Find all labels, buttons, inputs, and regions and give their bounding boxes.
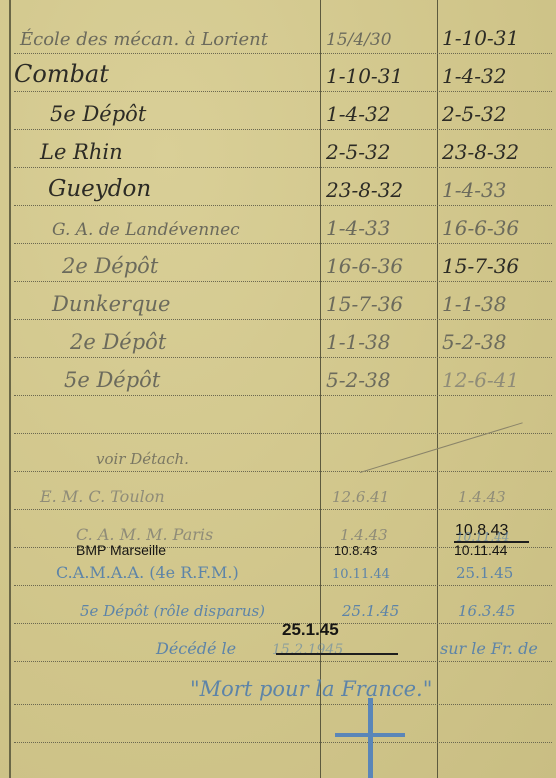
unit-name: Combat bbox=[14, 60, 309, 88]
date-to: 16-6-36 bbox=[442, 216, 552, 240]
record-row: Dunkerque 15-7-36 1-1-38 bbox=[0, 282, 556, 320]
death-note-suffix: sur le Fr. de bbox=[440, 639, 538, 658]
date-from: 2-5-32 bbox=[326, 140, 434, 164]
date-from: 10.11.44 bbox=[332, 567, 440, 582]
date-to: 5-2-38 bbox=[442, 330, 552, 354]
deceased-cross-icon bbox=[368, 698, 373, 778]
date-to: 12-6-41 bbox=[442, 368, 552, 392]
date-to: 1-1-38 bbox=[442, 292, 552, 316]
date-to: 25.1.45 bbox=[456, 564, 556, 582]
record-row: 5e Dépôt (rôle disparus) 25.1.45 16.3.45 bbox=[0, 586, 556, 624]
mort-pour-la-france: "Mort pour la France." bbox=[190, 677, 432, 701]
date-from: 1-1-38 bbox=[326, 330, 434, 354]
record-row: 5e Dépôt 5-2-38 12-6-41 bbox=[0, 358, 556, 396]
date-to: 1-4-32 bbox=[442, 64, 552, 88]
record-row: G. A. de Landévennec 1-4-33 16-6-36 bbox=[0, 206, 556, 244]
unit-name: 5e Dépôt bbox=[64, 368, 359, 392]
unit-name: École des mécan. à Lorient bbox=[20, 29, 315, 50]
record-row: Décédé le 15.2.1945 sur le Fr. de bbox=[0, 624, 556, 662]
row-rule bbox=[14, 661, 552, 662]
date-to: 1.4.43 bbox=[458, 488, 556, 506]
unit-name: 2e Dépôt bbox=[70, 330, 365, 354]
date-from: 15/4/30 bbox=[326, 30, 434, 50]
record-row: voir Détach. bbox=[0, 434, 556, 472]
date-to: 16.3.45 bbox=[458, 602, 556, 620]
date-from: 12.6.41 bbox=[332, 488, 440, 506]
date-from: 1-10-31 bbox=[326, 64, 434, 88]
date-from: 5-2-38 bbox=[326, 368, 434, 392]
record-row bbox=[0, 743, 556, 778]
unit-name: voir Détach. bbox=[96, 450, 391, 468]
record-row: Combat 1-10-31 1-4-32 bbox=[0, 54, 556, 92]
date-from: 1-4-33 bbox=[326, 216, 434, 240]
death-date-struck: 15.2.1945 bbox=[272, 642, 343, 658]
unit-name: 5e Dépôt bbox=[50, 102, 345, 126]
record-row: 2e Dépôt 16-6-36 15-7-36 bbox=[0, 244, 556, 282]
date-to: 1-4-33 bbox=[442, 178, 552, 202]
record-row: C.A.M.A.A. (4e R.F.M.) 10.11.44 25.1.45 bbox=[0, 548, 556, 586]
date-to: 15-7-36 bbox=[442, 254, 552, 278]
record-row: 5e Dépôt 1-4-32 2-5-32 bbox=[0, 92, 556, 130]
unit-name: Le Rhin bbox=[40, 140, 335, 164]
record-row: "Mort pour la France." bbox=[0, 665, 556, 705]
unit-name: 5e Dépôt (rôle disparus) bbox=[80, 602, 375, 620]
record-row bbox=[0, 705, 556, 743]
record-row bbox=[0, 396, 556, 434]
record-row: Le Rhin 2-5-32 23-8-32 bbox=[0, 130, 556, 168]
date-to: 2-5-32 bbox=[442, 102, 552, 126]
unit-name: C.A.M.A.A. (4e R.F.M.) bbox=[56, 563, 351, 582]
date-from: 15-7-36 bbox=[326, 292, 434, 316]
death-note-prefix: Décédé le bbox=[156, 639, 236, 658]
death-date-strike bbox=[276, 653, 398, 655]
record-row: École des mécan. à Lorient 15/4/30 1-10-… bbox=[0, 16, 556, 54]
record-row: E. M. C. Toulon 12.6.41 1.4.43 bbox=[0, 472, 556, 510]
unit-name: Dunkerque bbox=[52, 292, 347, 316]
unit-name: 2e Dépôt bbox=[62, 254, 357, 278]
service-record-sheet: École des mécan. à Lorient 15/4/30 1-10-… bbox=[0, 0, 556, 778]
date-to: 1-10-31 bbox=[442, 26, 552, 50]
record-row: Gueydon 23-8-32 1-4-33 bbox=[0, 168, 556, 206]
date-from: 23-8-32 bbox=[326, 178, 434, 202]
record-row: 2e Dépôt 1-1-38 5-2-38 bbox=[0, 320, 556, 358]
date-from: 25.1.45 bbox=[342, 602, 450, 620]
date-from: 1-4-32 bbox=[326, 102, 434, 126]
unit-name: E. M. C. Toulon bbox=[40, 487, 335, 506]
date-to: 23-8-32 bbox=[442, 140, 552, 164]
deceased-cross-icon-bar bbox=[335, 733, 405, 737]
unit-name: G. A. de Landévennec bbox=[52, 220, 347, 240]
date-from: 16-6-36 bbox=[326, 254, 434, 278]
unit-name: Gueydon bbox=[48, 176, 343, 202]
